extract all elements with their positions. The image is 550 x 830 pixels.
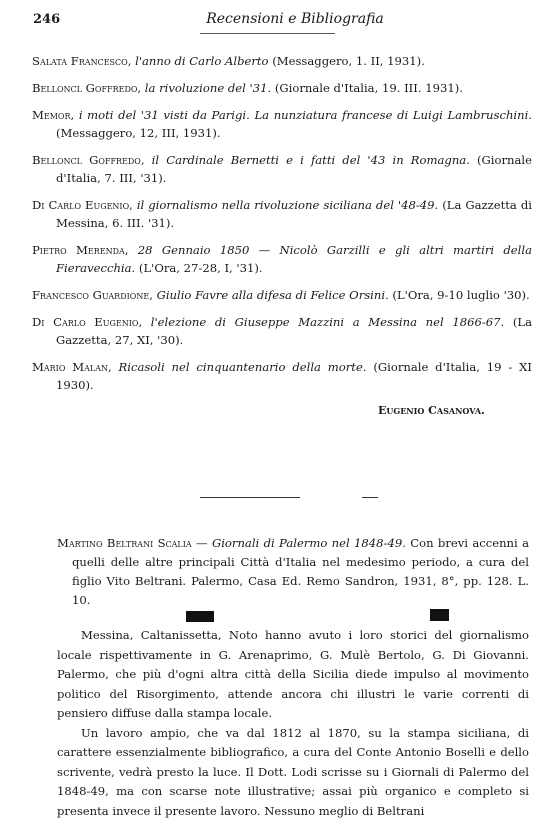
scan-artifact (186, 611, 214, 622)
review-citation: Martino Beltrani Scalia — Giornali di Pa… (57, 534, 529, 610)
entry-publication: (Messaggero, 1. II, 1931). (269, 54, 425, 68)
review-author: Martino Beltrani Scalia (57, 536, 192, 550)
entry-author: Belloncl Goffredo (32, 81, 137, 95)
entry-title: 28 Gennaio 1850 — Nicolò Garzilli e gli … (56, 243, 532, 275)
entry-author: Pietro Merenda (32, 243, 125, 257)
entry-title: Ricasoli nel cinquantenario della morte. (119, 360, 367, 374)
entry-publication: (L'Ora, 27-28, I, '31). (135, 261, 262, 275)
review-section: Martino Beltrani Scalia — Giornali di Pa… (57, 534, 529, 821)
entry-author: Memor (32, 108, 71, 122)
running-head-rule (200, 33, 335, 34)
entry-author: Salata Francesco (32, 54, 128, 68)
entry-title: il giornalismo nella rivoluzione sicilia… (137, 198, 438, 212)
bibliography-entry: Mario Malan, Ricasoli nel cinquantenario… (32, 358, 532, 394)
bibliography-entry: Pietro Merenda, 28 Gennaio 1850 — Nicolò… (32, 241, 532, 277)
entry-publication: (Messaggero, 12, III, 1931). (56, 126, 221, 140)
bibliography-entry: Di Carlo Eugenio, il giornalismo nella r… (32, 196, 532, 232)
entry-publication: (Giornale d'Italia, 19. III. 1931). (271, 81, 463, 95)
entry-author: Di Carlo Eugenio (32, 315, 138, 329)
running-head: Recensioni e Bibliografia (0, 11, 550, 27)
bibliography-entry: Salata Francesco, l'anno di Carlo Albert… (32, 52, 532, 70)
bibliography-entry: Di Carlo Eugenio, l'elezione di Giuseppe… (32, 313, 532, 349)
bibliography-entry: Belloncl Goffredo, la rivoluzione del '3… (32, 79, 532, 97)
bibliography-entry: Francesco Guardione, Giulio Favre alla d… (32, 286, 532, 304)
entry-title: l'anno di Carlo Alberto (135, 54, 268, 68)
review-paragraph: Messina, Caltanissetta, Noto hanno avuto… (57, 626, 529, 724)
signature: Eugenio Casanova. (378, 404, 485, 417)
entry-title: l'elezione di Giuseppe Mazzini a Messina… (151, 315, 504, 329)
review-paragraph: Un lavoro ampio, che va dal 1812 al 1870… (57, 724, 529, 822)
entry-author: Mario Malan (32, 360, 108, 374)
review-title: Giornali di Palermo nel 1848-49. (212, 536, 406, 550)
entry-title: il Cardinale Bernetti e i fatti del '43 … (152, 153, 470, 167)
bibliography-entry: Memor, i moti del '31 visti da Parigi. L… (32, 106, 532, 142)
entry-author: Francesco Guardione (32, 288, 149, 302)
scan-artifact (430, 609, 449, 621)
entry-publication: (L'Ora, 9-10 luglio '30). (389, 288, 530, 302)
entry-title: i moti del '31 visti da Parigi. La nunzi… (79, 108, 532, 122)
review-dash: — (192, 536, 212, 550)
bibliography-list: Salata Francesco, l'anno di Carlo Albert… (32, 52, 532, 403)
entry-title: la rivoluzione del '31. (145, 81, 271, 95)
entry-author: Belloncl Goffredo (32, 153, 141, 167)
entry-author: Di Carlo Eugenio (32, 198, 129, 212)
entry-title: Giulio Favre alla difesa di Felice Orsin… (157, 288, 389, 302)
section-divider (200, 497, 300, 498)
bibliography-entry: Belloncl Goffredo, il Cardinale Bernetti… (32, 151, 532, 187)
section-divider-short (362, 497, 378, 498)
